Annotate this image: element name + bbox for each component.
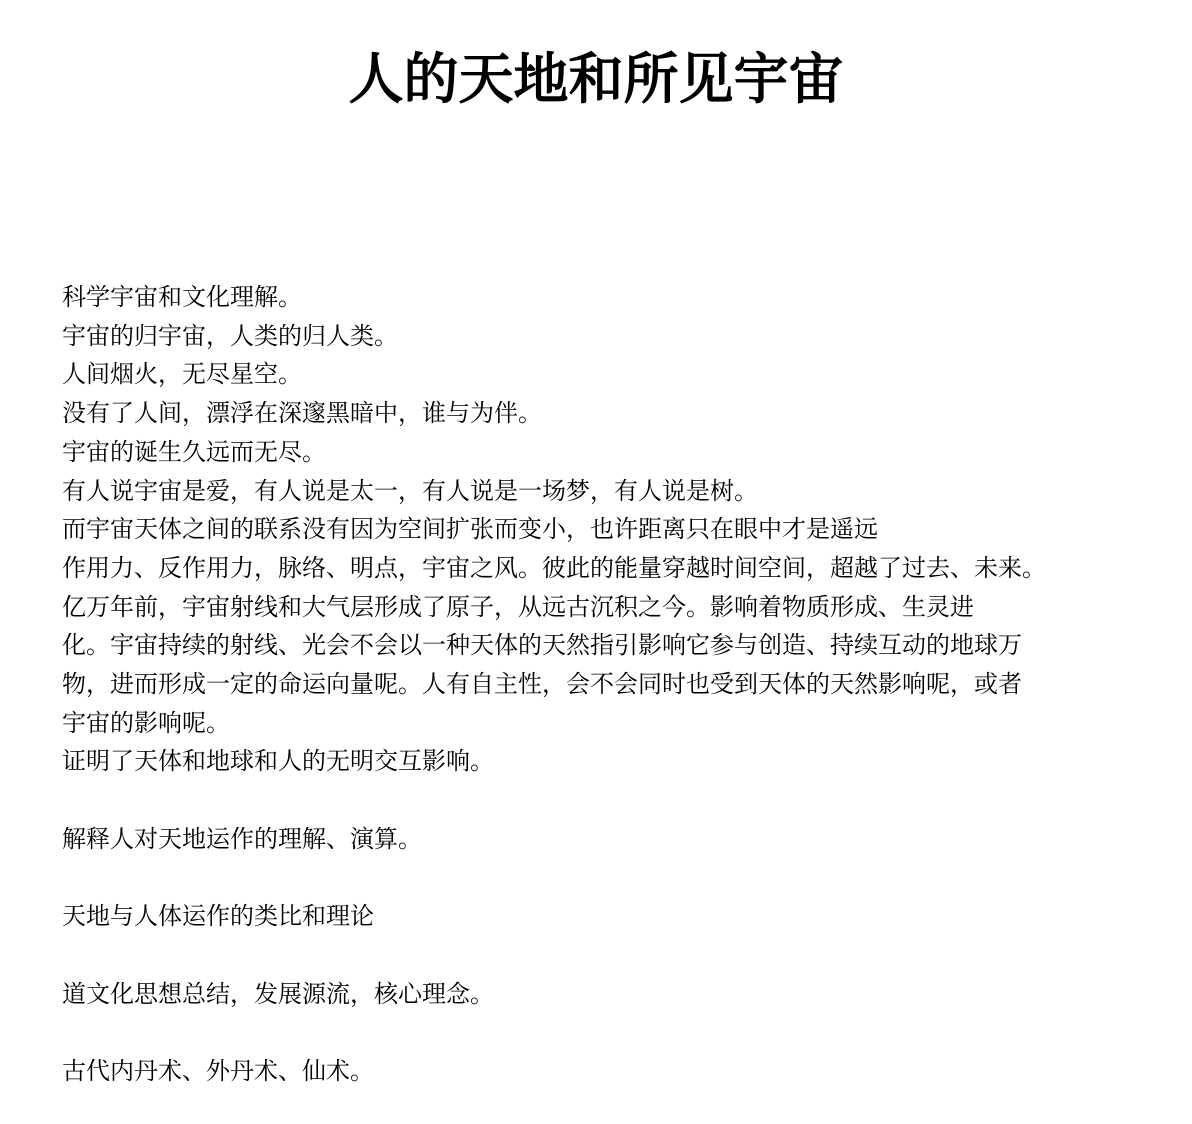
paragraph-list: 科学宇宙和文化理解。宇宙的归宇宙，人类的归人类。人间烟火，无尽星空。没有了人间，… [62, 279, 1142, 1092]
paragraph: 科学宇宙和文化理解。宇宙的归宇宙，人类的归人类。人间烟火，无尽星空。没有了人间，… [62, 279, 1142, 782]
paragraph: 天地与人体运作的类比和理论 [62, 898, 1142, 937]
text-line: 化。宇宙持续的射线、光会不会以一种天体的天然指引影响它参与创造、持续互动的地球万 [62, 627, 1142, 666]
document-body: 科学宇宙和文化理解。宇宙的归宇宙，人类的归人类。人间烟火，无尽星空。没有了人间，… [0, 107, 1192, 1092]
text-line: 宇宙的归宇宙，人类的归人类。 [62, 318, 1142, 357]
text-line: 天地与人体运作的类比和理论 [62, 898, 1142, 937]
text-line: 解释人对天地运作的理解、演算。 [62, 821, 1142, 860]
paragraph: 解释人对天地运作的理解、演算。 [62, 821, 1142, 860]
text-line: 证明了天体和地球和人的无明交互影响。 [62, 743, 1142, 782]
paragraph: 道文化思想总结，发展源流，核心理念。 [62, 976, 1142, 1015]
page-title: 人的天地和所见宇宙 [0, 52, 1192, 107]
text-line: 人间烟火，无尽星空。 [62, 356, 1142, 395]
text-line: 物，进而形成一定的命运向量呢。人有自主性，会不会同时也受到天体的天然影响呢，或者 [62, 666, 1142, 705]
text-line: 宇宙的影响呢。 [62, 705, 1142, 744]
text-line: 古代内丹术、外丹术、仙术。 [62, 1053, 1142, 1092]
text-line: 有人说宇宙是爱，有人说是太一，有人说是一场梦，有人说是树。 [62, 473, 1142, 512]
text-line: 宇宙的诞生久远而无尽。 [62, 434, 1142, 473]
text-line: 科学宇宙和文化理解。 [62, 279, 1142, 318]
text-line: 作用力、反作用力，脉络、明点，宇宙之风。彼此的能量穿越时间空间，超越了过去、未来… [62, 550, 1142, 589]
text-line: 没有了人间，漂浮在深邃黑暗中，谁与为伴。 [62, 395, 1142, 434]
text-line: 道文化思想总结，发展源流，核心理念。 [62, 976, 1142, 1015]
text-line: 亿万年前，宇宙射线和大气层形成了原子，从远古沉积之今。影响着物质形成、生灵进 [62, 589, 1142, 628]
paragraph: 古代内丹术、外丹术、仙术。 [62, 1053, 1142, 1092]
text-line: 而宇宙天体之间的联系没有因为空间扩张而变小，也许距离只在眼中才是遥远 [62, 511, 1142, 550]
